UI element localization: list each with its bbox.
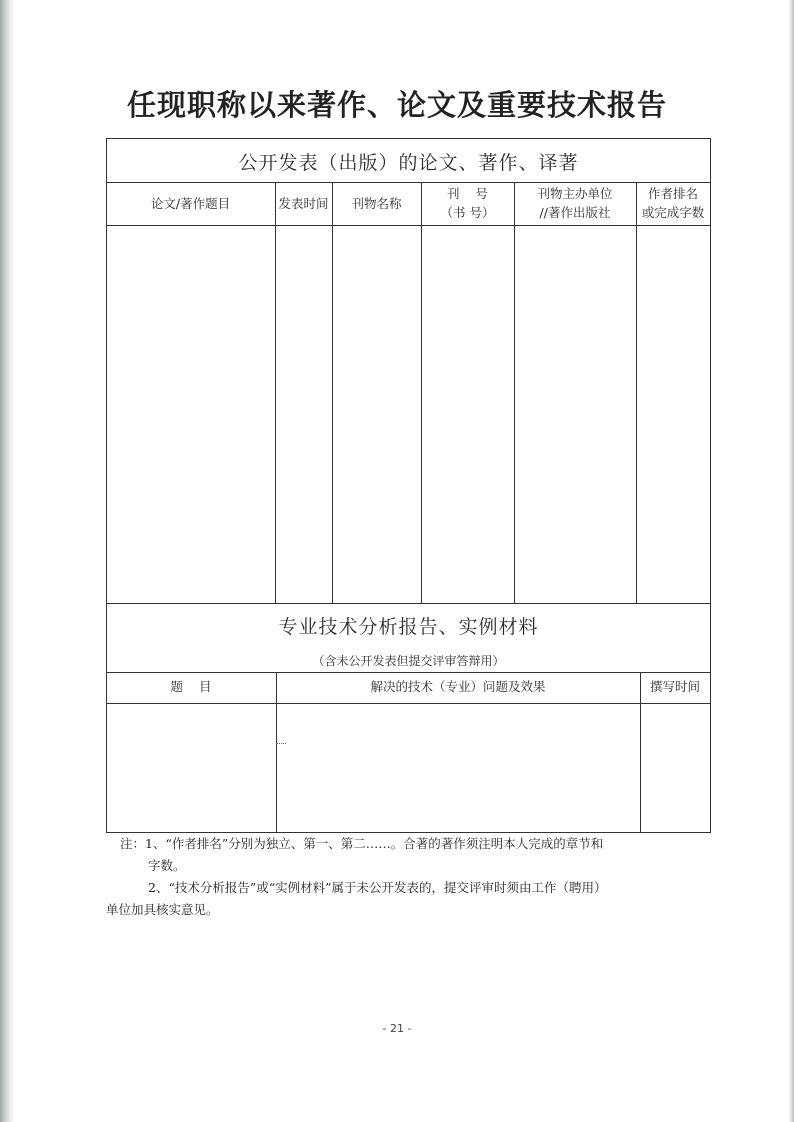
- col-header-sponsor: 刊物主办单位: [514, 184, 636, 203]
- table-border-right: [710, 138, 711, 833]
- col-divider: [276, 672, 277, 832]
- row-divider: [106, 182, 711, 183]
- reports-subheading: （含未公开发表但提交评审答辩用）: [106, 652, 711, 669]
- row-divider: [106, 703, 711, 704]
- page-title: 任现职称以来著作、论文及重要技术报告: [0, 83, 794, 124]
- col-header-publish-date: 发表时间: [275, 194, 332, 213]
- table-border-left: [106, 138, 107, 833]
- col-header-problem-solved: 解决的技术（专业）问题及效果: [276, 677, 640, 696]
- col-divider: [640, 672, 641, 832]
- note-1-continued: 字数。: [120, 855, 710, 877]
- col-header-word-count: 或完成字数: [636, 203, 710, 222]
- scan-artifact-mark: [276, 743, 286, 745]
- col-header-book-number: （书 号）: [421, 203, 514, 222]
- note-1: 注：1、“作者排名”分别为独立、第一、第二……。合著的著作须注明本人完成的章节和: [120, 833, 710, 855]
- col-header-journal-name: 刊物名称: [332, 194, 421, 213]
- section-divider: [106, 603, 711, 604]
- col-divider: [636, 182, 637, 603]
- note-2-continued: 单位加具核实意见。: [106, 899, 710, 921]
- scan-edge-right: [788, 0, 794, 1122]
- row-divider: [106, 672, 711, 673]
- table-border-top: [106, 138, 711, 139]
- footnotes: 注：1、“作者排名”分别为独立、第一、第二……。合著的著作须注明本人完成的章节和…: [120, 833, 710, 921]
- scan-edge-left: [0, 0, 14, 1122]
- col-header-written-date: 撰写时间: [640, 677, 710, 696]
- row-divider: [106, 225, 711, 226]
- col-header-issue-number: 刊 号: [421, 184, 514, 203]
- publications-heading: 公开发表（出版）的论文、著作、译著: [106, 148, 711, 175]
- col-header-title: 论文/著作题目: [106, 194, 275, 213]
- col-header-author-rank: 作者排名: [636, 184, 710, 203]
- col-divider: [421, 182, 422, 603]
- col-header-report-title: 题 目: [106, 677, 276, 696]
- page-number: - 21 -: [0, 1022, 794, 1035]
- col-divider: [514, 182, 515, 603]
- col-divider: [275, 182, 276, 603]
- col-header-publisher: //著作出版社: [514, 203, 636, 222]
- note-2: 2、“技术分析报告”或“实例材料”属于未公开发表的，提交评审时须由工作（聘用）: [120, 877, 710, 899]
- col-divider: [332, 182, 333, 603]
- reports-heading: 专业技术分析报告、实例材料: [106, 612, 711, 639]
